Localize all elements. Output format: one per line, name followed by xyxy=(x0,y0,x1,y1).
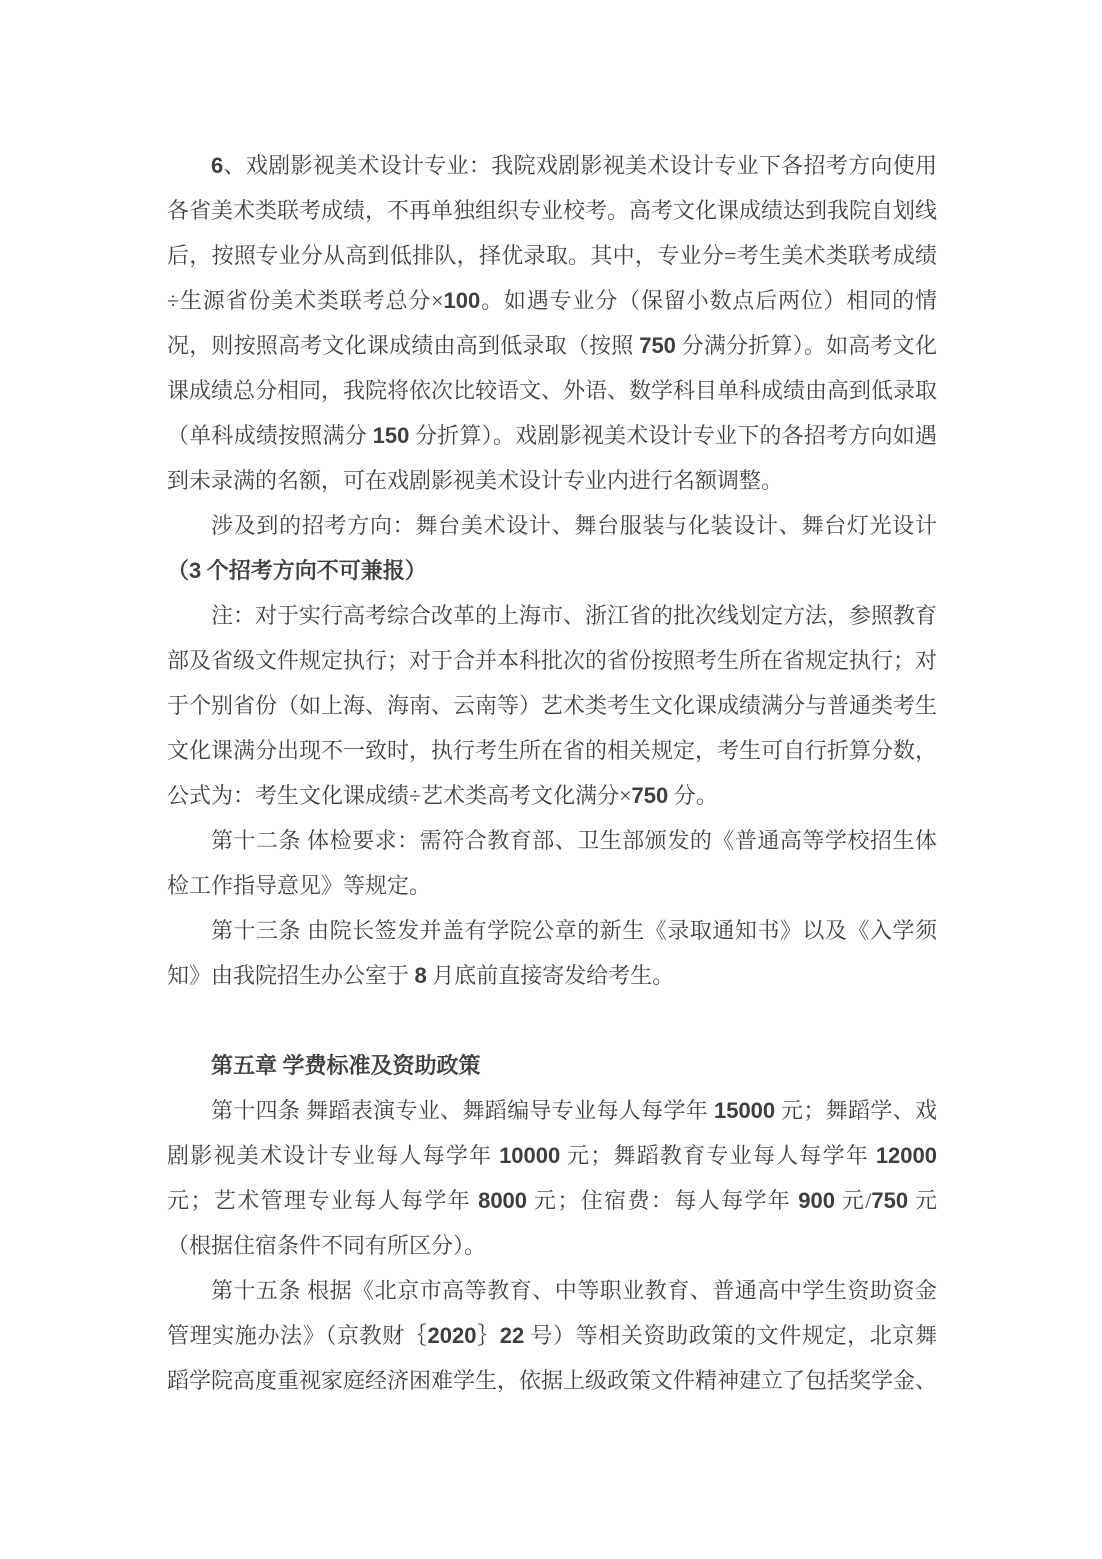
numeric-text: 100 xyxy=(444,288,481,313)
paragraph: 注：对于实行高考综合改革的上海市、浙江省的批次线划定方法，参照教育部及省级文件规… xyxy=(167,593,937,818)
paragraph: 第十二条 体检要求：需符合教育部、卫生部颁发的《普通高等学校招生体检工作指导意见… xyxy=(167,818,937,908)
numeric-text: 900 xyxy=(798,1188,835,1213)
numeric-text: 750 xyxy=(631,783,668,808)
numeric-text: 15000 xyxy=(714,1098,775,1123)
numeric-text: 150 xyxy=(373,423,410,448)
document-body: 6、戏剧影视美术设计专业：我院戏剧影视美术设计专业下各招考方向使用各省美术类联考… xyxy=(167,143,937,1403)
text-segment: 第十二条 体检要求：需符合教育部、卫生部颁发的《普通高等学校招生体检工作指导意见… xyxy=(167,828,937,898)
numeric-text: 750 xyxy=(871,1188,908,1213)
chapter-heading: 第五章 学费标准及资助政策 xyxy=(167,1043,937,1088)
text-segment: 第十三条 由院长签发并盖有学院公章的新生《录取通知书》以及《入学须知》由我院招生… xyxy=(167,918,937,988)
numeric-text: 22 xyxy=(500,1323,524,1348)
numeric-text: 750 xyxy=(639,333,676,358)
text-segment: 涉及到的招考方向：舞台美术设计、舞台服装与化装设计、舞台灯光设计 xyxy=(211,513,937,538)
paragraph: 第十五条 根据《北京市高等教育、中等职业教育、普通高中学生资助资金管理实施办法》… xyxy=(167,1268,937,1403)
bold-text-segment: （3 个招考方向不可兼报） xyxy=(167,558,427,583)
text-segment: 注：对于实行高考综合改革的上海市、浙江省的批次线划定方法，参照教育部及省级文件规… xyxy=(167,603,937,808)
text-segment: 第十四条 舞蹈表演专业、舞蹈编导专业每人每学年 15000 元；舞蹈学、戏剧影视… xyxy=(167,1098,937,1258)
paragraph: 第十三条 由院长签发并盖有学院公章的新生《录取通知书》以及《入学须知》由我院招生… xyxy=(167,908,937,998)
numeric-text: 6 xyxy=(211,153,223,178)
text-segment: 6、戏剧影视美术设计专业：我院戏剧影视美术设计专业下各招考方向使用各省美术类联考… xyxy=(167,153,937,493)
numeric-text: 3 xyxy=(189,558,201,583)
numeric-text: 8000 xyxy=(478,1188,527,1213)
bold-text-segment: 第五章 学费标准及资助政策 xyxy=(211,1053,481,1078)
numeric-text: 2020 xyxy=(428,1323,477,1348)
paragraph: 第十四条 舞蹈表演专业、舞蹈编导专业每人每学年 15000 元；舞蹈学、戏剧影视… xyxy=(167,1088,937,1268)
numeric-text: 10000 xyxy=(499,1143,560,1168)
paragraph: 6、戏剧影视美术设计专业：我院戏剧影视美术设计专业下各招考方向使用各省美术类联考… xyxy=(167,143,937,503)
paragraph: 涉及到的招考方向：舞台美术设计、舞台服装与化装设计、舞台灯光设计（3 个招考方向… xyxy=(167,503,937,593)
text-segment: 第十五条 根据《北京市高等教育、中等职业教育、普通高中学生资助资金管理实施办法》… xyxy=(167,1278,937,1393)
numeric-text: 12000 xyxy=(876,1143,937,1168)
numeric-text: 8 xyxy=(415,963,427,988)
document-page: 6、戏剧影视美术设计专业：我院戏剧影视美术设计专业下各招考方向使用各省美术类联考… xyxy=(0,0,1102,1559)
